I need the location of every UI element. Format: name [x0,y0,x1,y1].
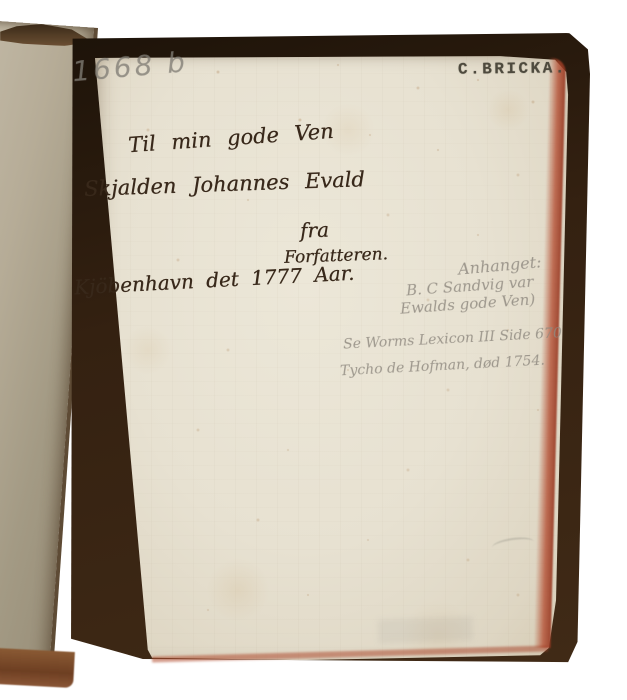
pencil-smudge [378,616,474,643]
dedication-line-3: fra [300,218,330,243]
board-bottom-edge [0,648,75,688]
book-photo: 1668 b C.BRICKA. Til min gode Ven Skjald… [0,0,627,700]
owner-stamp: C.BRICKA. [458,59,567,78]
